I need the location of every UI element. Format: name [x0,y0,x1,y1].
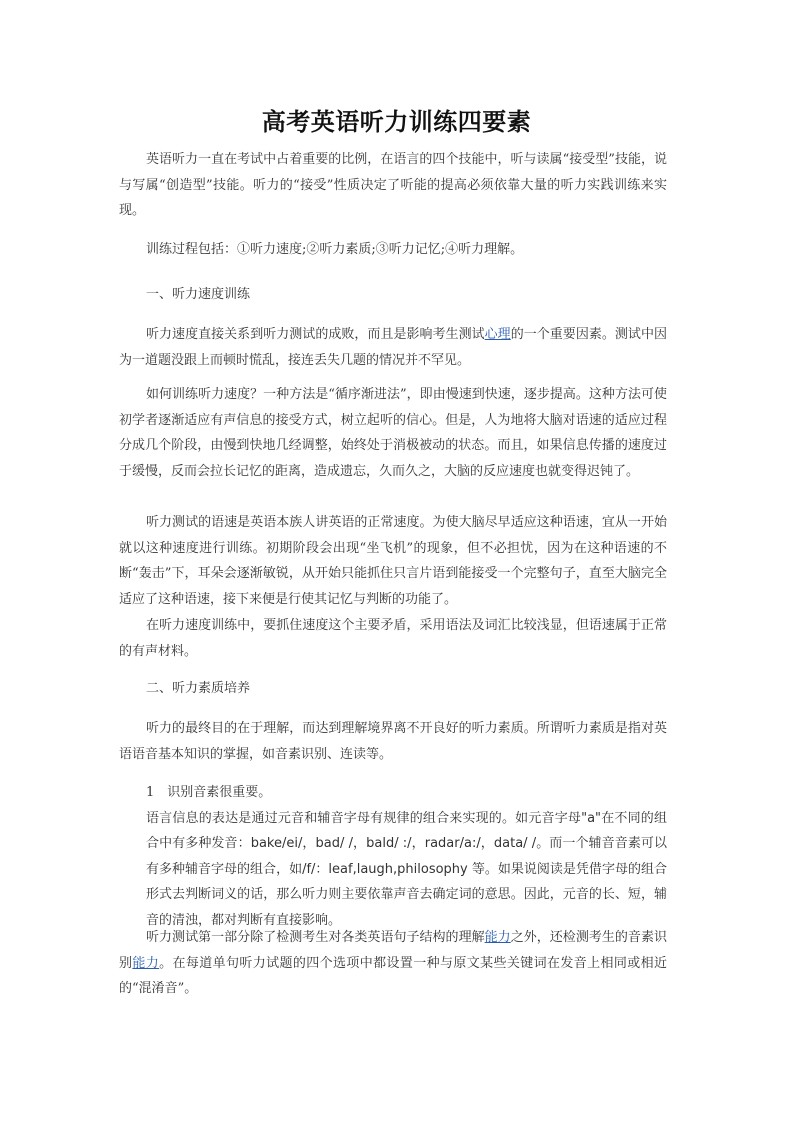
phoneme-test-paragraph: 听力测试第一部分除了检测考生对各类英语句子结构的理解能力之外，还检测考生的音素识… [119,925,667,1002]
phonetic-examples: bake/ei/，bad/ /，bald/ :/，radar/a:/，data/… [251,836,536,851]
text-segment-latin: "a" [581,811,601,826]
text-segment: 听力速度直接关系到听力测试的成败，而且是影响考生测试 [146,327,485,342]
list-item-body: 语言信息的表达是通过元音和辅音字母有规律的组合来实现的。如元音字母"a"在不同的… [146,806,667,934]
text-segment: 语言信息的表达是通过元音和辅音字母有规律的组合来实现的。如元音字母 [146,811,581,826]
intro-paragraph: 英语听力一直在考试中占着重要的比例，在语言的四个技能中，听与读属“接受型”技能，… [119,147,667,224]
text-segment: 听力测试第一部分除了检测考生对各类英语句子结构的理解 [146,930,485,945]
speech-rate-paragraph: 听力测试的语速是英语本族人讲英语的正常速度。为使大脑尽早适应这种语速，宜从一开始… [119,510,667,612]
section-heading-listening-quality: 二、听力素质培养 [146,676,250,702]
training-process-paragraph: 训练过程包括：①听力速度;②听力素质;③听力记忆;④听力理解。 [119,237,667,263]
section-heading-listening-speed: 一、听力速度训练 [146,282,250,308]
listening-quality-paragraph: 听力的最终目的在于理解，而达到理解境界离不开良好的听力素质。所谓听力素质是指对英… [119,716,667,767]
speed-method-paragraph: 如何训练听力速度？一种方法是“循序渐进法”，即由慢速到快速，逐步提高。这种方法可… [119,382,667,484]
phonetic-f-examples: /f/：leaf,laugh,philosophy [302,862,468,877]
text-segment: 。在每道单句听力试题的四个选项中都设置一种与原文某些关键词在发音上相同或相近的“… [119,956,667,997]
document-title: 高考英语听力训练四要素 [119,102,674,137]
link-ability-2[interactable]: 能力 [132,956,159,971]
speed-training-summary-paragraph: 在听力速度训练中，要抓住速度这个主要矛盾，采用语法及词汇比较浅显，但语速属于正常… [119,613,667,664]
link-ability-1[interactable]: 能力 [485,930,511,945]
list-item-phoneme-recognition: 1 识别音素很重要。 语言信息的表达是通过元音和辅音字母有规律的组合来实现的。如… [146,780,667,933]
speed-importance-paragraph: 听力速度直接关系到听力测试的成败，而且是影响考生测试心理的一个重要因素。测试中因… [119,322,667,373]
link-psychology[interactable]: 心理 [485,327,511,342]
list-item-heading: 1 识别音素很重要。 [146,780,667,806]
